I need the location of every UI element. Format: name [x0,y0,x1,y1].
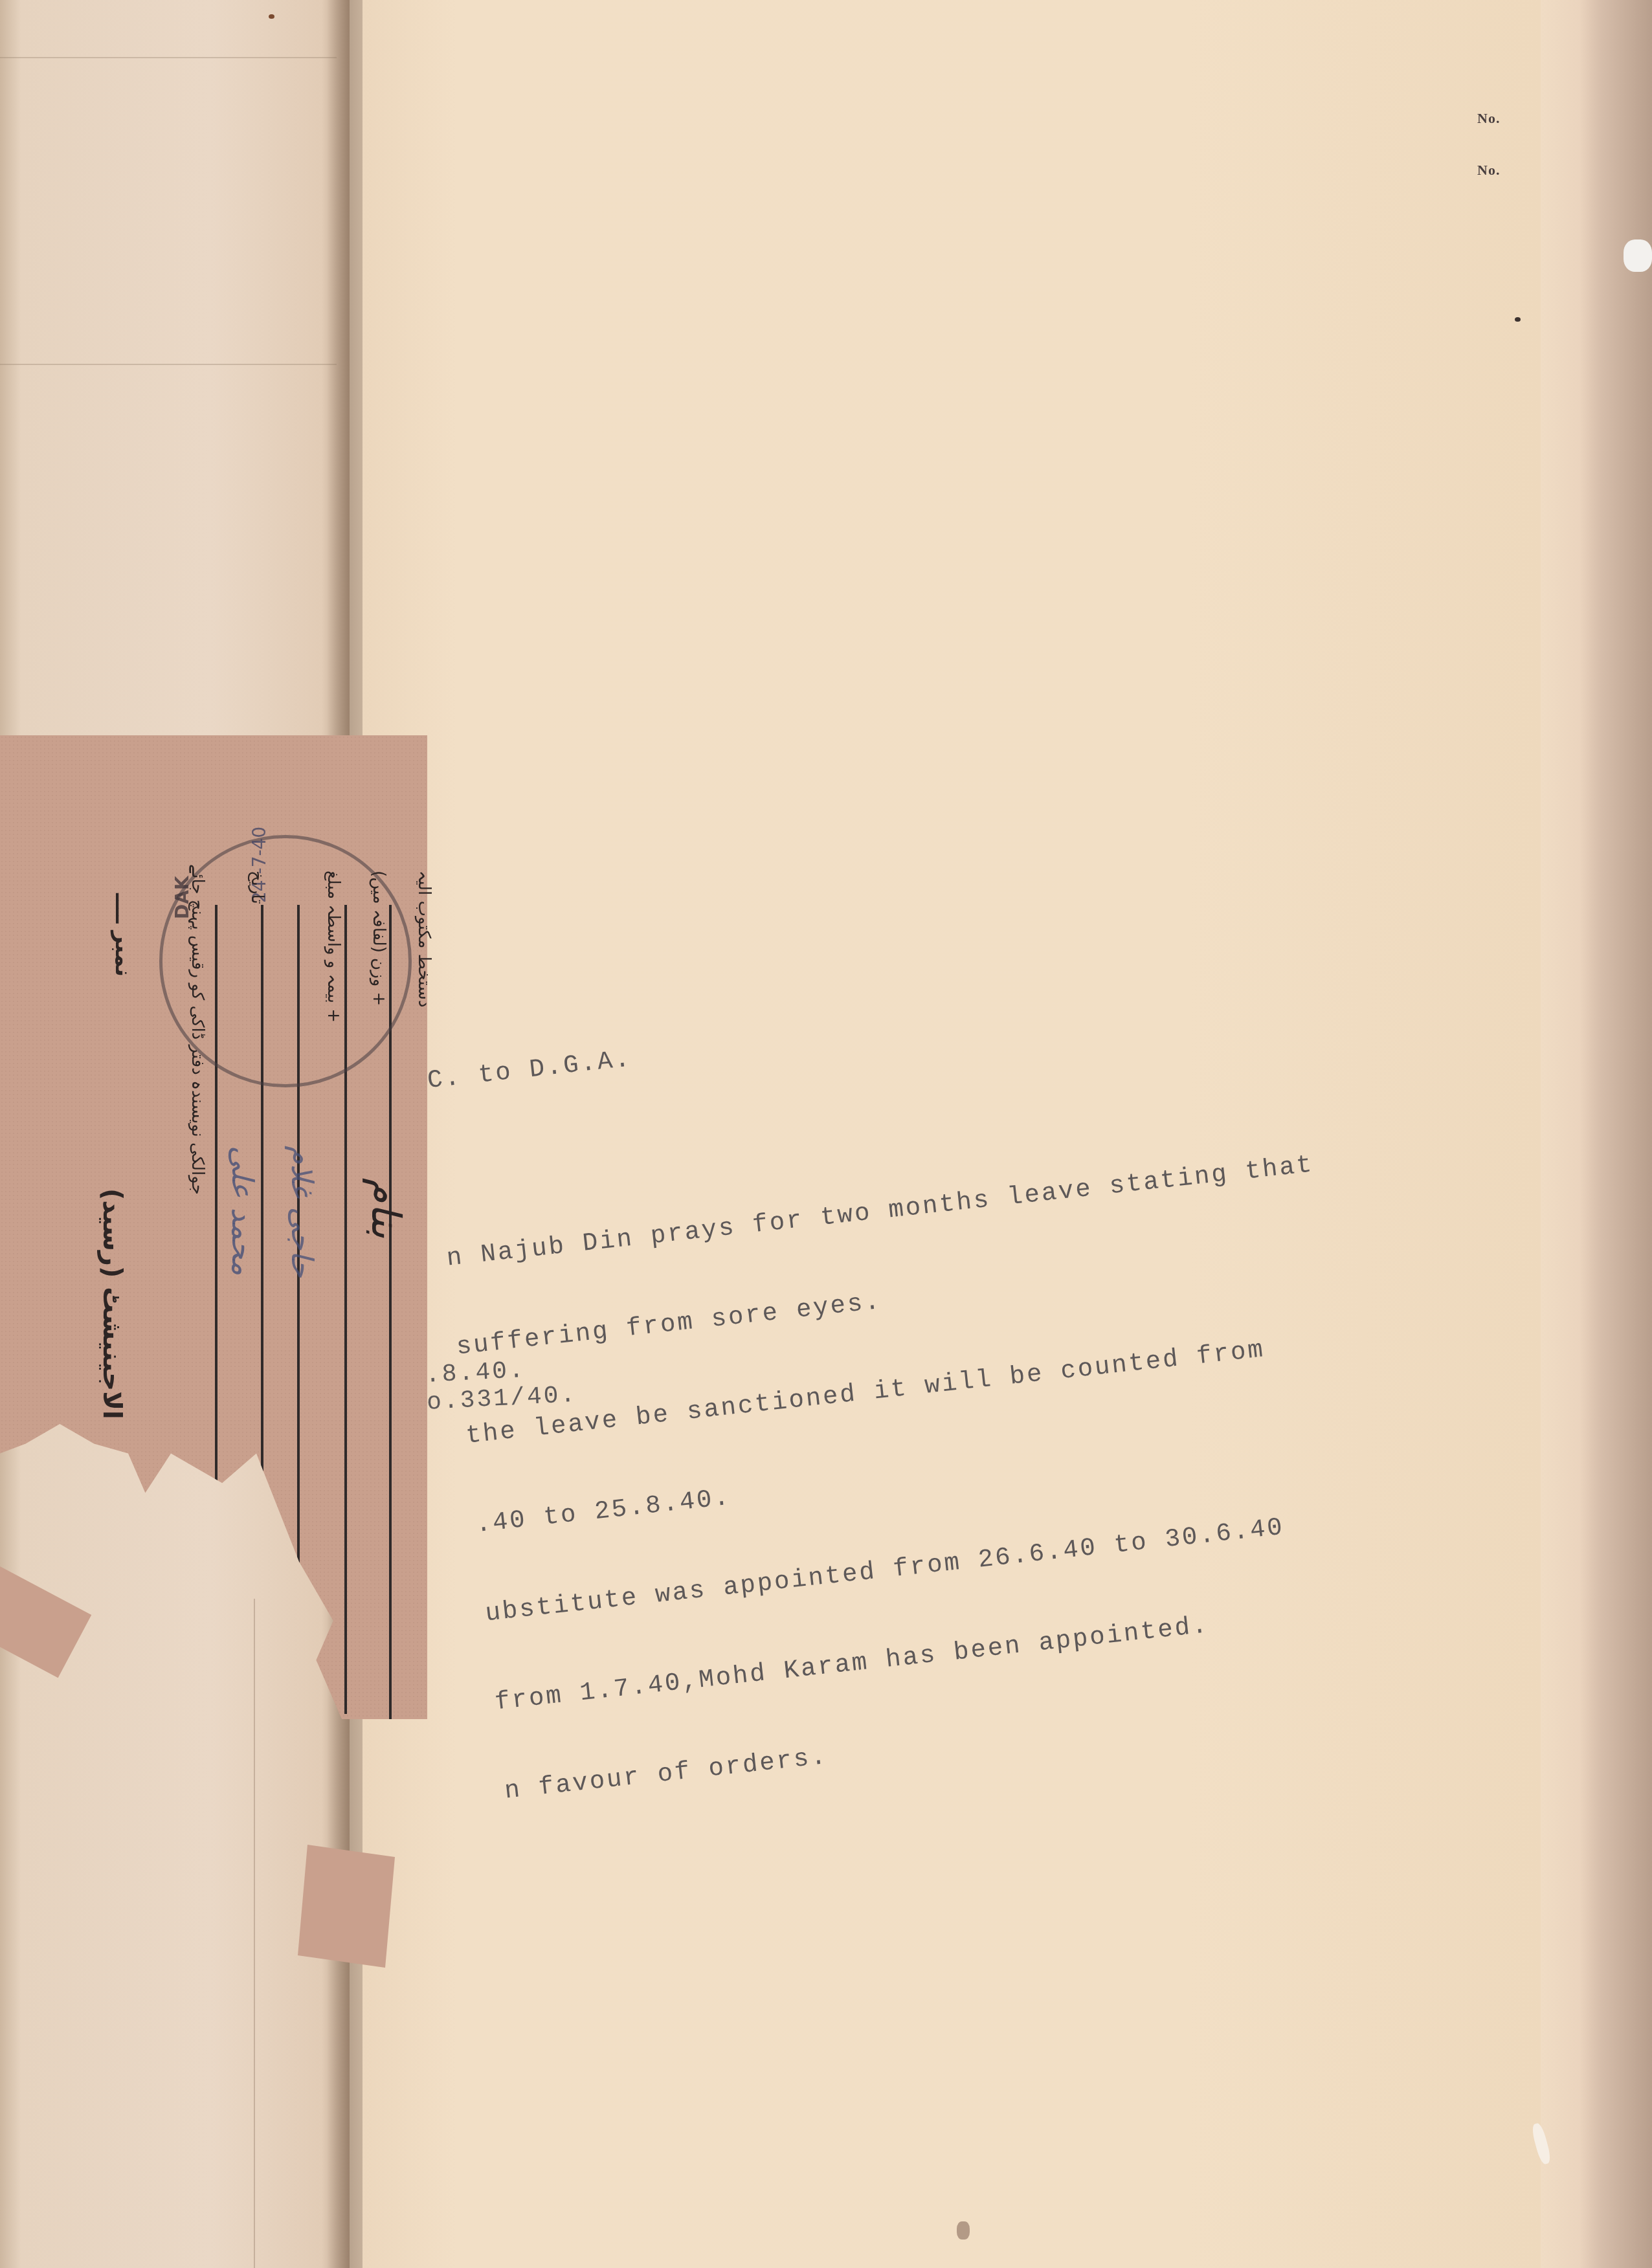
handwritten-entry: حاجی غلام [285,1146,320,1278]
reference-block: .8.40. o.331/40. [425,1355,577,1417]
slip-field-label: جوالکی نویسندہ دفتر ڈاکی کو رقیس پہنچ جا… [188,864,207,1195]
slip-heading: الاجینیشٹ (رسید) [97,1188,127,1419]
form-rule-line [389,905,392,1759]
right-edge-shadow [1579,0,1652,2268]
number-label: No. [1477,110,1500,127]
slip-field-label: تاریخ [247,871,267,904]
paper-flake [1624,239,1652,272]
stain-dot-icon [269,14,274,19]
slip-field-label: دستخط مکتوب الیہ [414,871,434,1007]
slip-field-label: وزن (لفافہ میں) + [369,871,388,1006]
slip-field-label: بیمہ و واسطہ مبلغ + [324,871,343,1023]
number-label: No. [1477,162,1500,179]
handwritten-entry: محمد علی [225,1146,260,1276]
handwritten-entry: بنام [363,1178,410,1238]
torn-slip-fragment [298,1845,395,1968]
fold-crease [0,57,337,58]
paper-flake [957,2221,970,2240]
page-crease [254,1599,255,2268]
typed-note: C. to D.G.A. n Najub Din prays for two m… [419,888,1603,1836]
ink-dot-icon [1515,317,1521,322]
slip-number-label: نمبر ــــ [110,893,136,977]
fold-crease [0,364,337,365]
